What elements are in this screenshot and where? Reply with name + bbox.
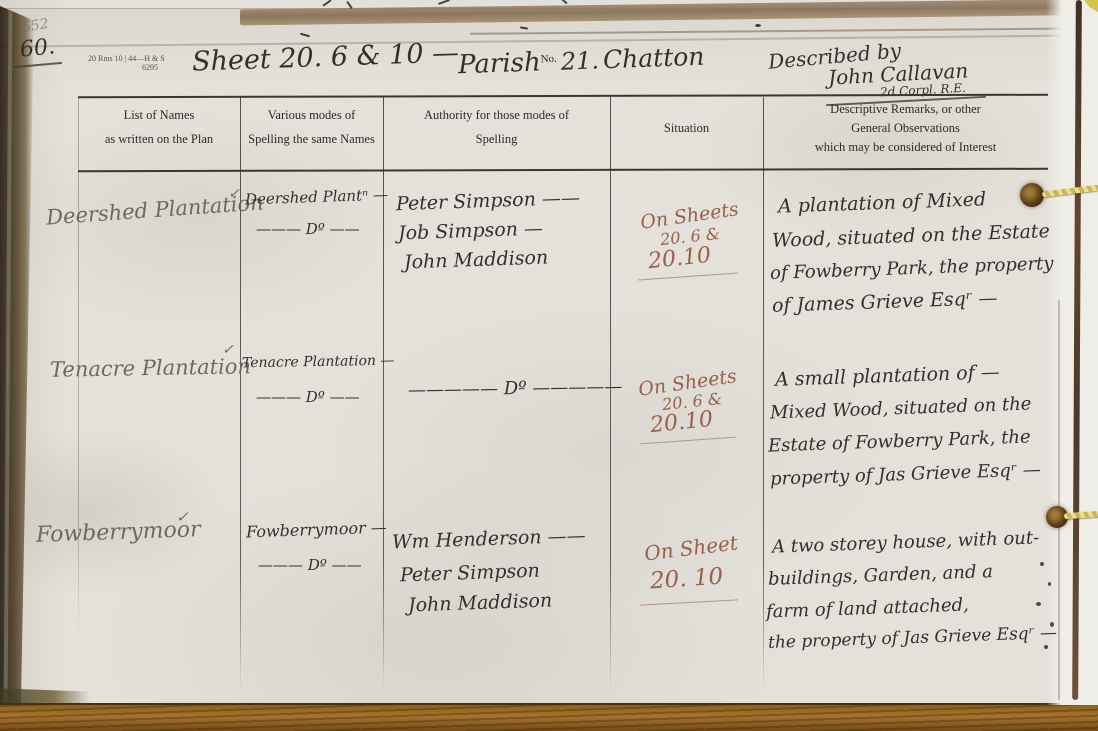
header-line: Authority for those modes of: [385, 103, 608, 127]
stray-ink-mark: [755, 24, 761, 27]
folio-number: 60.: [19, 34, 56, 63]
column-divider-4: [763, 97, 764, 692]
printer-imprint-line1: 20 Rms 10 | 44—H & S: [88, 54, 165, 63]
parish-no-label: No.: [540, 53, 557, 66]
spelling-line: Deershed Plantⁿ —: [245, 186, 388, 209]
faint-folio-number: 552: [21, 16, 50, 36]
authority-line: John Maddison: [404, 246, 549, 273]
remarks-line: property of Jas Grieve Esqʳ —: [770, 459, 1041, 489]
situation-underline: [640, 599, 738, 605]
paper-speck: [1036, 602, 1041, 606]
header-situation: Situation: [612, 116, 761, 140]
authority-line: ————— Dº —————: [408, 376, 623, 401]
header-line: Descriptive Remarks, or other: [765, 100, 1046, 119]
header-line: List of Names: [80, 103, 238, 127]
header-line: Spelling: [385, 127, 608, 151]
stray-ink-mark: [300, 33, 310, 38]
spelling-line: ——— Dº ——: [256, 220, 360, 238]
authority-line: Peter Simpson ——: [396, 187, 581, 215]
stray-ink-mark: [520, 26, 528, 29]
header-line: Situation: [612, 116, 761, 140]
parish-number: 21.: [560, 46, 599, 75]
remarks-line: Estate of Fowberry Park, the: [768, 426, 1031, 456]
parish-word: Parish: [458, 47, 542, 80]
remarks-line: A plantation of Mixed: [778, 188, 987, 217]
remarks-line: Wood, situated on the Estate: [772, 220, 1050, 252]
remarks-line: buildings, Garden, and a: [768, 561, 994, 590]
header-authority: Authority for those modes of Spelling: [385, 103, 608, 151]
situation-line: 20.10: [647, 243, 712, 274]
spelling-line: ——— Dº ——: [258, 556, 362, 574]
header-list-of-names: List of Names as written on the Plan: [80, 103, 238, 151]
remarks-line: farm of land attached,: [766, 594, 969, 622]
spelling-line: Fowberrymoor —: [246, 518, 387, 542]
spelling-line: ——— Dº ——: [256, 388, 360, 406]
header-line: Various modes of: [242, 103, 381, 127]
spelling-line: Tenacre Plantation —: [242, 353, 395, 372]
binder-grommet: [1020, 183, 1044, 207]
surveyor-rank: 2d Corpl. R.E.: [880, 81, 966, 99]
remarks-line: of James Grieve Esqʳ —: [772, 287, 998, 317]
remarks-line: A small plantation of —: [775, 361, 1000, 391]
authority-line: Peter Simpson: [400, 560, 541, 587]
wooden-desk-edge: [0, 703, 1098, 731]
paper-speck: [1048, 582, 1051, 586]
header-line: Spelling the same Names: [242, 127, 381, 151]
checkmark: ✓: [176, 508, 189, 526]
upper-page-edge-line: [470, 27, 1098, 35]
column-divider-1: [240, 97, 241, 692]
remarks-line: of Fowberry Park, the property: [770, 253, 1054, 284]
authority-line: John Maddison: [408, 589, 553, 616]
parish-group: ParishNo. 21. Chatton: [458, 42, 705, 81]
header-line: which may be considered of Interest: [765, 138, 1046, 157]
authority-line: Wm Henderson ——: [392, 525, 586, 554]
remarks-line: Mixed Wood, situated on the: [770, 393, 1032, 423]
remarks-line: the property of Jas Grieve Esqʳ —: [768, 623, 1058, 653]
situation-line: 20. 10: [649, 563, 724, 594]
name-on-plan: Tenacre Plantation: [50, 354, 251, 382]
paper-speck: [1044, 645, 1048, 649]
header-modes-of-spelling: Various modes of Spelling the same Names: [242, 103, 381, 151]
checkmark: ✓: [228, 186, 240, 202]
header-descriptive-remarks: Descriptive Remarks, or other General Ob…: [765, 100, 1046, 157]
page-top-edge-shadow: [0, 34, 1098, 47]
parish-name: Chatton: [603, 42, 705, 75]
authority-line: Job Simpson —: [398, 217, 544, 244]
paper-speck: [1040, 562, 1044, 566]
table-header-rule: [78, 168, 1048, 173]
header-line: as written on the Plan: [80, 127, 238, 151]
situation-line: 20.10: [649, 407, 714, 438]
header-line: General Observations: [765, 119, 1046, 138]
situation-line: On Sheet: [643, 530, 739, 565]
checkmark: ✓: [222, 342, 234, 358]
right-page-edge-faint: [1058, 300, 1060, 700]
remarks-line: A two storey house, with out-: [772, 527, 1040, 557]
printer-imprint-line2: 6295: [142, 63, 158, 72]
scanned-name-book-page: 552 60. 20 Rms 10 | 44—H & S 6295 Sheet …: [0, 0, 1098, 731]
